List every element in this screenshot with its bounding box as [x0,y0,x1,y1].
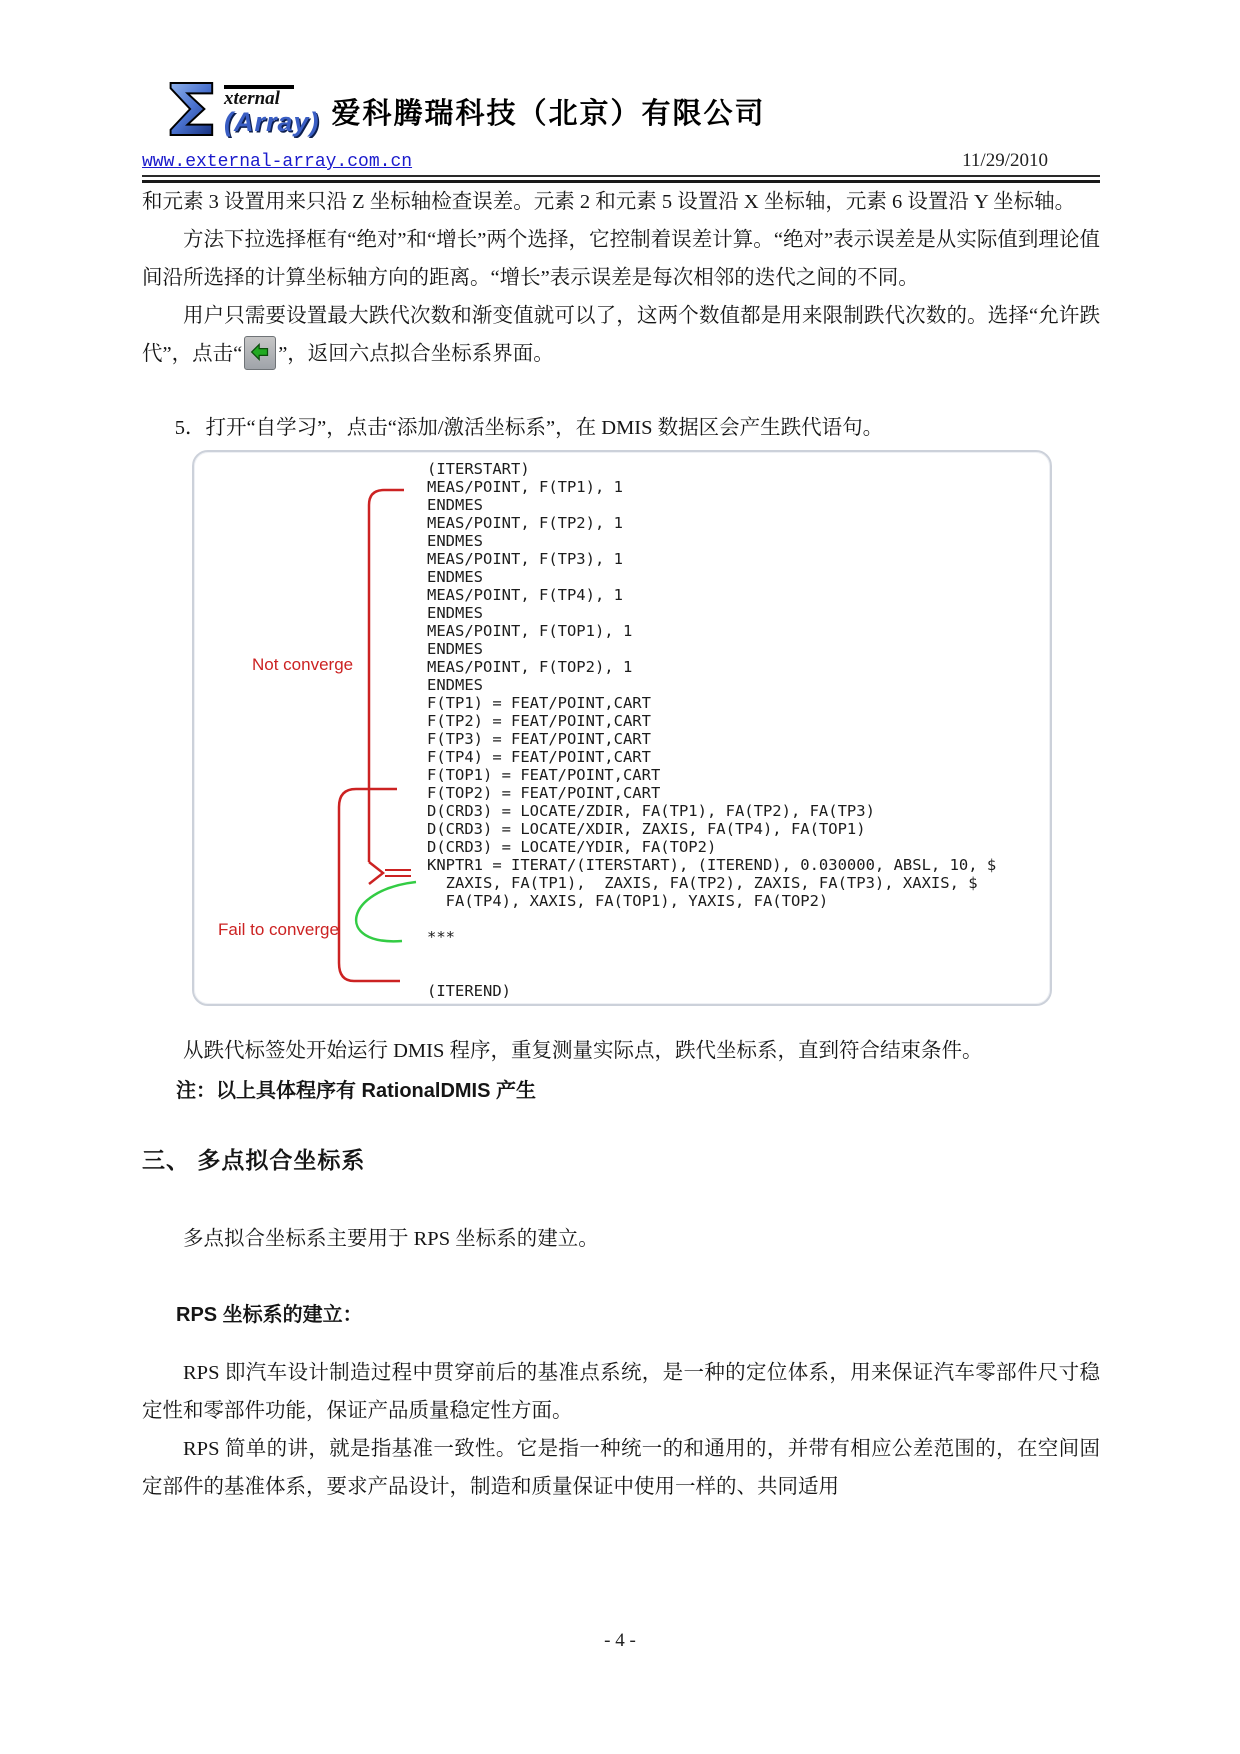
paragraph-axes: 和元素 3 设置用来只沿 Z 坐标轴检查误差。元素 2 和元素 5 设置沿 X … [142,183,1100,221]
logo-text: xternal (Array) [224,85,320,136]
step-5-item: 5．打开“自学习”，点击“添加/激活坐标系”，在 DMIS 数据区会产生跌代语句… [142,409,1100,447]
company-name: 爱科腾瑞科技（北京）有限公司 [332,91,766,138]
paragraph-rps-definition: RPS 即汽车设计制造过程中贯穿前后的基准点系统，是一种的定位体系，用来保证汽车… [142,1354,1100,1430]
back-arrow-icon [244,336,276,370]
not-converge-label: Not converge [252,655,353,675]
note-rationaldmis: 注：以上具体程序有 RationalDMIS 产生 [142,1072,1100,1110]
subsection-heading-rps: RPS 坐标系的建立： [142,1296,1100,1334]
paragraph-run-dmis: 从跌代标签处开始运行 DMIS 程序，重复测量实际点，跌代坐标系，直到符合结束条… [142,1032,1100,1070]
paragraph-multipoint-intro: 多点拟合坐标系主要用于 RPS 坐标系的建立。 [142,1220,1100,1258]
paragraph-rps-explanation: RPS 简单的讲，就是指基准一致性。它是指一种统一的和通用的，并带有相应公差范围… [142,1430,1100,1506]
page-number: - 4 - [0,1630,1240,1652]
paragraph-method-dropdown: 方法下拉选择框有“绝对”和“增长”两个选择，它控制着误差计算。“绝对”表示误差是… [142,221,1100,297]
document-page: xternal (Array) 爱科腾瑞科技（北京）有限公司 www.exter… [0,0,1240,1754]
document-date: 11/29/2010 [962,150,1048,172]
fail-converge-label: Fail to converge [218,920,339,940]
document-body: 和元素 3 设置用来只沿 Z 坐标轴检查误差。元素 2 和元素 5 设置沿 X … [0,183,1240,1506]
section-heading-multipoint: 三、 多点拟合坐标系 [142,1142,1100,1175]
paragraph-text-after-icon: ”，返回六点拟合坐标系界面。 [278,343,554,365]
header-meta-row: www.external-array.com.cn 11/29/2010 [142,150,1100,172]
dmis-code-listing: (ITERSTART)MEAS/POINT, F(TP1), 1ENDMESME… [427,460,996,1000]
company-logo: xternal (Array) [168,80,320,138]
document-header: xternal (Array) 爱科腾瑞科技（北京）有限公司 www.exter… [0,0,1240,183]
website-link[interactable]: www.external-array.com.cn [142,152,412,172]
logo-word-xternal: xternal [224,85,294,108]
paragraph-iteration-settings: 用户只需要设置最大跌代次数和渐变值就可以了，这两个数值都是用来限制跌代次数的。选… [142,297,1100,373]
header-divider [142,175,1100,183]
sigma-logo-icon [168,80,220,138]
dmis-code-screenshot: (ITERSTART)MEAS/POINT, F(TP1), 1ENDMESME… [192,450,1052,1006]
logo-word-array: (Array) [224,109,320,136]
logo-row: xternal (Array) 爱科腾瑞科技（北京）有限公司 [168,74,1100,138]
